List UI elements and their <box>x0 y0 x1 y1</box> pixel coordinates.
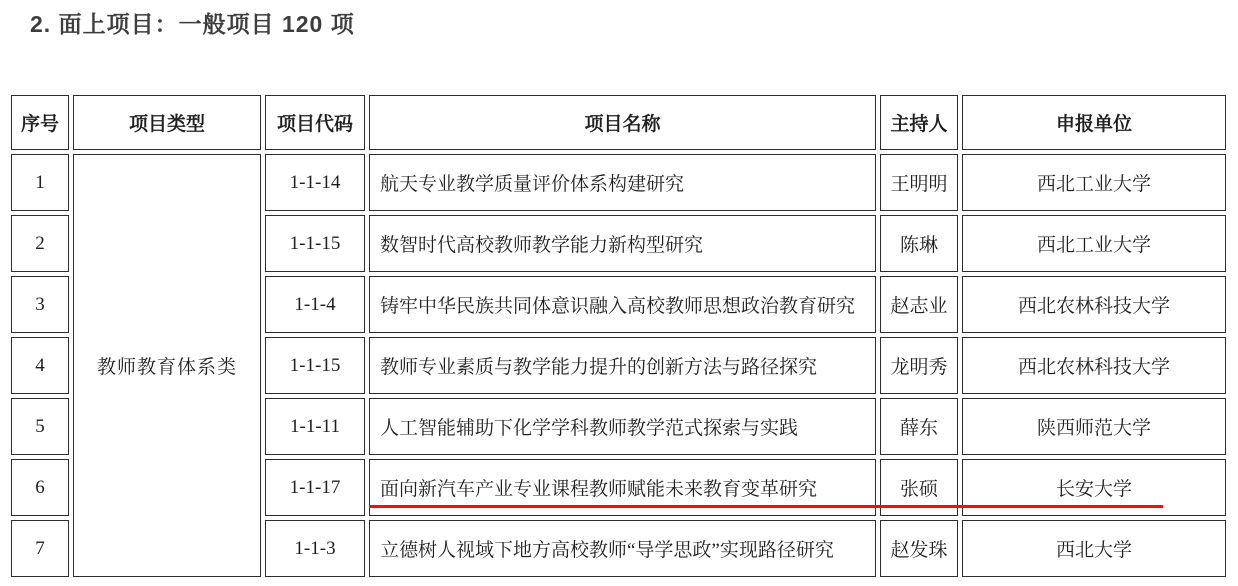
cell-project-name: 数智时代高校教师教学能力新构型研究 <box>369 215 876 272</box>
cell-applying-unit: 西北农林科技大学 <box>962 337 1226 394</box>
cell-leader: 赵发珠 <box>880 520 958 577</box>
cell-serial-number: 6 <box>11 459 69 516</box>
cell-project-name: 铸牢中华民族共同体意识融入高校教师思想政治教育研究 <box>369 276 876 333</box>
cell-project-name: 人工智能辅助下化学学科教师教学范式探索与实践 <box>369 398 876 455</box>
cell-project-code: 1-1-15 <box>265 337 365 394</box>
projects-table: 序号 项目类型 项目代码 项目名称 主持人 申报单位 1教师教育体系类1-1-1… <box>7 91 1230 581</box>
cell-project-name: 面向新汽车产业专业课程教师赋能未来教育变革研究 <box>369 459 876 516</box>
table-body: 1教师教育体系类1-1-14航天专业教学质量评价体系构建研究王明明西北工业大学2… <box>11 154 1226 577</box>
cell-applying-unit: 长安大学 <box>962 459 1226 516</box>
cell-applying-unit: 西北工业大学 <box>962 154 1226 211</box>
col-header-type: 项目类型 <box>73 95 261 150</box>
cell-leader: 薛东 <box>880 398 958 455</box>
cell-project-code: 1-1-17 <box>265 459 365 516</box>
section-title: 2. 面上项目：一般项目 120 项 <box>30 6 355 39</box>
table-row: 1教师教育体系类1-1-14航天专业教学质量评价体系构建研究王明明西北工业大学 <box>11 154 1226 211</box>
header-row: 序号 项目类型 项目代码 项目名称 主持人 申报单位 <box>11 95 1226 150</box>
document-page: 2. 面上项目：一般项目 120 项 序号 项目类型 项目代码 项目名称 主持人… <box>0 0 1238 586</box>
cell-applying-unit: 陕西师范大学 <box>962 398 1226 455</box>
cell-project-code: 1-1-3 <box>265 520 365 577</box>
cell-applying-unit: 西北工业大学 <box>962 215 1226 272</box>
cell-leader: 王明明 <box>880 154 958 211</box>
cell-project-name: 立德树人视域下地方高校教师“导学思政”实现路径研究 <box>369 520 876 577</box>
cell-serial-number: 4 <box>11 337 69 394</box>
cell-leader: 赵志业 <box>880 276 958 333</box>
cell-project-code: 1-1-11 <box>265 398 365 455</box>
col-header-leader: 主持人 <box>880 95 958 150</box>
cell-leader: 陈琳 <box>880 215 958 272</box>
cell-project-code: 1-1-15 <box>265 215 365 272</box>
cell-project-code: 1-1-14 <box>265 154 365 211</box>
cell-project-type: 教师教育体系类 <box>73 154 261 577</box>
cell-serial-number: 3 <box>11 276 69 333</box>
cell-serial-number: 7 <box>11 520 69 577</box>
cell-project-name: 教师专业素质与教学能力提升的创新方法与路径探究 <box>369 337 876 394</box>
cell-leader: 张硕 <box>880 459 958 516</box>
col-header-unit: 申报单位 <box>962 95 1226 150</box>
cell-serial-number: 5 <box>11 398 69 455</box>
col-header-no: 序号 <box>11 95 69 150</box>
cell-serial-number: 2 <box>11 215 69 272</box>
cell-leader: 龙明秀 <box>880 337 958 394</box>
cell-project-code: 1-1-4 <box>265 276 365 333</box>
col-header-code: 项目代码 <box>265 95 365 150</box>
col-header-name: 项目名称 <box>369 95 876 150</box>
cell-applying-unit: 西北大学 <box>962 520 1226 577</box>
cell-applying-unit: 西北农林科技大学 <box>962 276 1226 333</box>
cell-serial-number: 1 <box>11 154 69 211</box>
cell-project-name: 航天专业教学质量评价体系构建研究 <box>369 154 876 211</box>
